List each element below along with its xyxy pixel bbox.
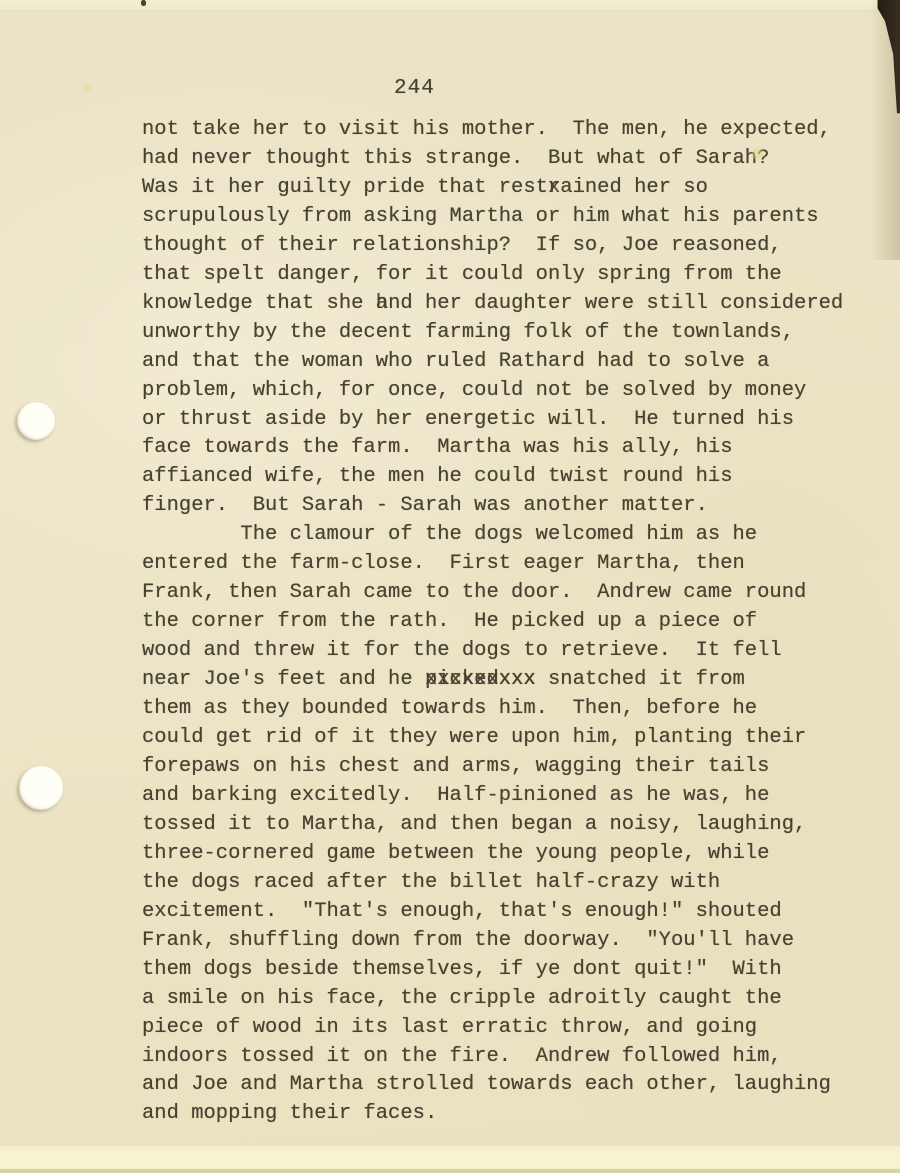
text-line: entered the farm-close. First eager Mart… <box>142 550 882 579</box>
text-line: them as they bounded towards him. Then, … <box>142 695 882 724</box>
text-line: and barking excitedly. Half-pinioned as … <box>142 782 882 811</box>
text-line: knowledge that she ahnd her daughter wer… <box>142 290 882 319</box>
text-line: Frank, shuffling down from the doorway. … <box>142 927 882 956</box>
paper-stain <box>752 148 763 159</box>
text-line: forepaws on his chest and arms, wagging … <box>142 753 882 782</box>
text-line: The clamour of the dogs welcomed him as … <box>142 521 882 550</box>
text-line: Was it her guilty pride that restrxained… <box>142 174 882 203</box>
ink-speck <box>141 0 146 6</box>
paper-top-edge <box>0 0 900 9</box>
text-line: indoors tossed it on the fire. Andrew fo… <box>142 1043 882 1072</box>
overstruck-text: rx <box>548 174 560 203</box>
text-line: could get rid of it they were upon him, … <box>142 724 882 753</box>
text-line: piece of wood in its last erratic throw,… <box>142 1014 882 1043</box>
text-line: them dogs beside themselves, if ye dont … <box>142 956 882 985</box>
text-line: thought of their relationship? If so, Jo… <box>142 232 882 261</box>
text-line: not take her to visit his mother. The me… <box>142 116 882 145</box>
overstruck-text: ah <box>376 290 388 319</box>
paper-bottom-edge-line <box>0 1169 900 1173</box>
text-line: excitement. "That's enough, that's enoug… <box>142 898 882 927</box>
text-line: three-cornered game between the young pe… <box>142 840 882 869</box>
text-line: near Joe's feet and he pickedxxxxxxxxxxx… <box>142 666 882 695</box>
punch-hole-bottom <box>19 766 63 810</box>
punch-hole-top <box>17 402 55 440</box>
text-line: a smile on his face, the cripple adroitl… <box>142 985 882 1014</box>
paper-bottom-edge <box>0 1146 900 1173</box>
overstruck-text: pickedxxxxxxxxxxxx <box>425 666 536 695</box>
page-corner-dark <box>866 0 900 118</box>
text-line: had never thought this strange. But what… <box>142 145 882 174</box>
text-line: problem, which, for once, could not be s… <box>142 377 882 406</box>
text-line: and mopping their faces. <box>142 1100 882 1129</box>
text-line: and that the woman who ruled Rathard had… <box>142 348 882 377</box>
paper-stain <box>82 84 91 93</box>
text-line: Frank, then Sarah came to the door. Andr… <box>142 579 882 608</box>
text-line: face towards the farm. Martha was his al… <box>142 434 882 463</box>
text-line: unworthy by the decent farming folk of t… <box>142 319 882 348</box>
text-line: affianced wife, the men he could twist r… <box>142 463 882 492</box>
text-line: scrupulously from asking Martha or him w… <box>142 203 882 232</box>
text-line: tossed it to Martha, and then began a no… <box>142 811 882 840</box>
text-line: finger. But Sarah - Sarah was another ma… <box>142 492 882 521</box>
text-line: the corner from the rath. He picked up a… <box>142 608 882 637</box>
text-line: wood and threw it for the dogs to retrie… <box>142 637 882 666</box>
text-line: the dogs raced after the billet half-cra… <box>142 869 882 898</box>
text-line: or thrust aside by her energetic will. H… <box>142 406 882 435</box>
text-line: that spelt danger, for it could only spr… <box>142 261 882 290</box>
text-line: and Joe and Martha strolled towards each… <box>142 1071 882 1100</box>
page-number: 244 <box>394 77 435 100</box>
manuscript-paper: 244 not take her to visit his mother. Th… <box>0 0 900 1173</box>
typescript-text: not take her to visit his mother. The me… <box>142 116 882 1129</box>
